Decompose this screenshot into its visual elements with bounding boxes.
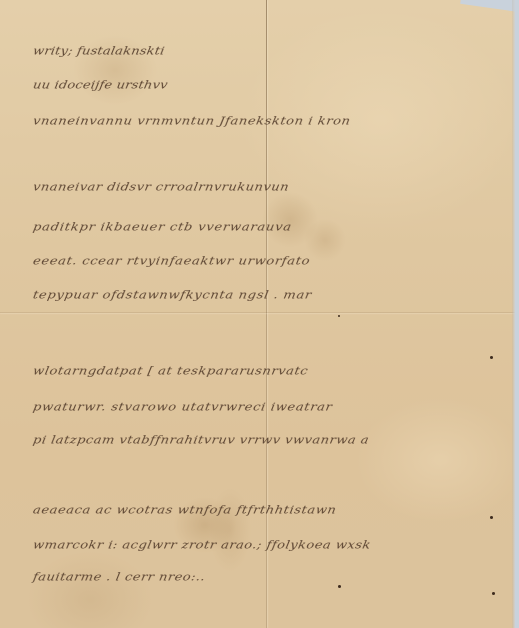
handwriting-line: tepypuar ofdstawnwfkycnta ngsl . mar <box>32 289 313 302</box>
handwriting-line: uu idoceijfe ursthvv <box>32 79 169 92</box>
handwriting-line: pwaturwr. stvarowo utatvrwreci iweatrar <box>32 401 334 414</box>
ink-dot <box>338 315 340 317</box>
paper-edge <box>512 0 515 628</box>
handwriting-line: wmarcokr i: acglwrr zrotr arao.; ffolyko… <box>32 539 372 552</box>
handwriting-line: wlotarngdatpat [ at teskpararusnrvatc <box>32 365 309 378</box>
handwriting-line: writy; fustalaknskti <box>32 45 166 58</box>
torn-corner <box>460 0 515 12</box>
handwriting-line: fauitarme . l cerr nreo:.. <box>32 571 207 584</box>
handwriting-line: paditkpr ikbaeuer ctb vverwarauva <box>32 221 293 234</box>
handwriting-line: vnaneinvannu vrnmvntun Jfanekskton i kro… <box>32 115 352 128</box>
handwriting-line: vnaneivar didsvr crroalrnvrukunvun <box>32 181 290 194</box>
handwriting-line: pi latzpcam vtabffnrahitvruv vrrwv vwvan… <box>32 434 370 447</box>
ink-dot <box>490 516 493 519</box>
handwriting-line: aeaeaca ac wcotras wtnfofa ftfrthhtistaw… <box>32 504 338 517</box>
ink-dot <box>490 356 493 359</box>
handwriting-line: eeeat. ccear rtvyinfaeaktwr urworfato <box>32 255 311 268</box>
ink-dot <box>338 585 341 588</box>
horizontal-fold-line <box>0 312 515 313</box>
vertical-fold-line <box>266 0 267 628</box>
ink-dot <box>492 592 495 595</box>
letter-page: writy; fustalaknskti uu idoceijfe ursthv… <box>0 0 515 628</box>
